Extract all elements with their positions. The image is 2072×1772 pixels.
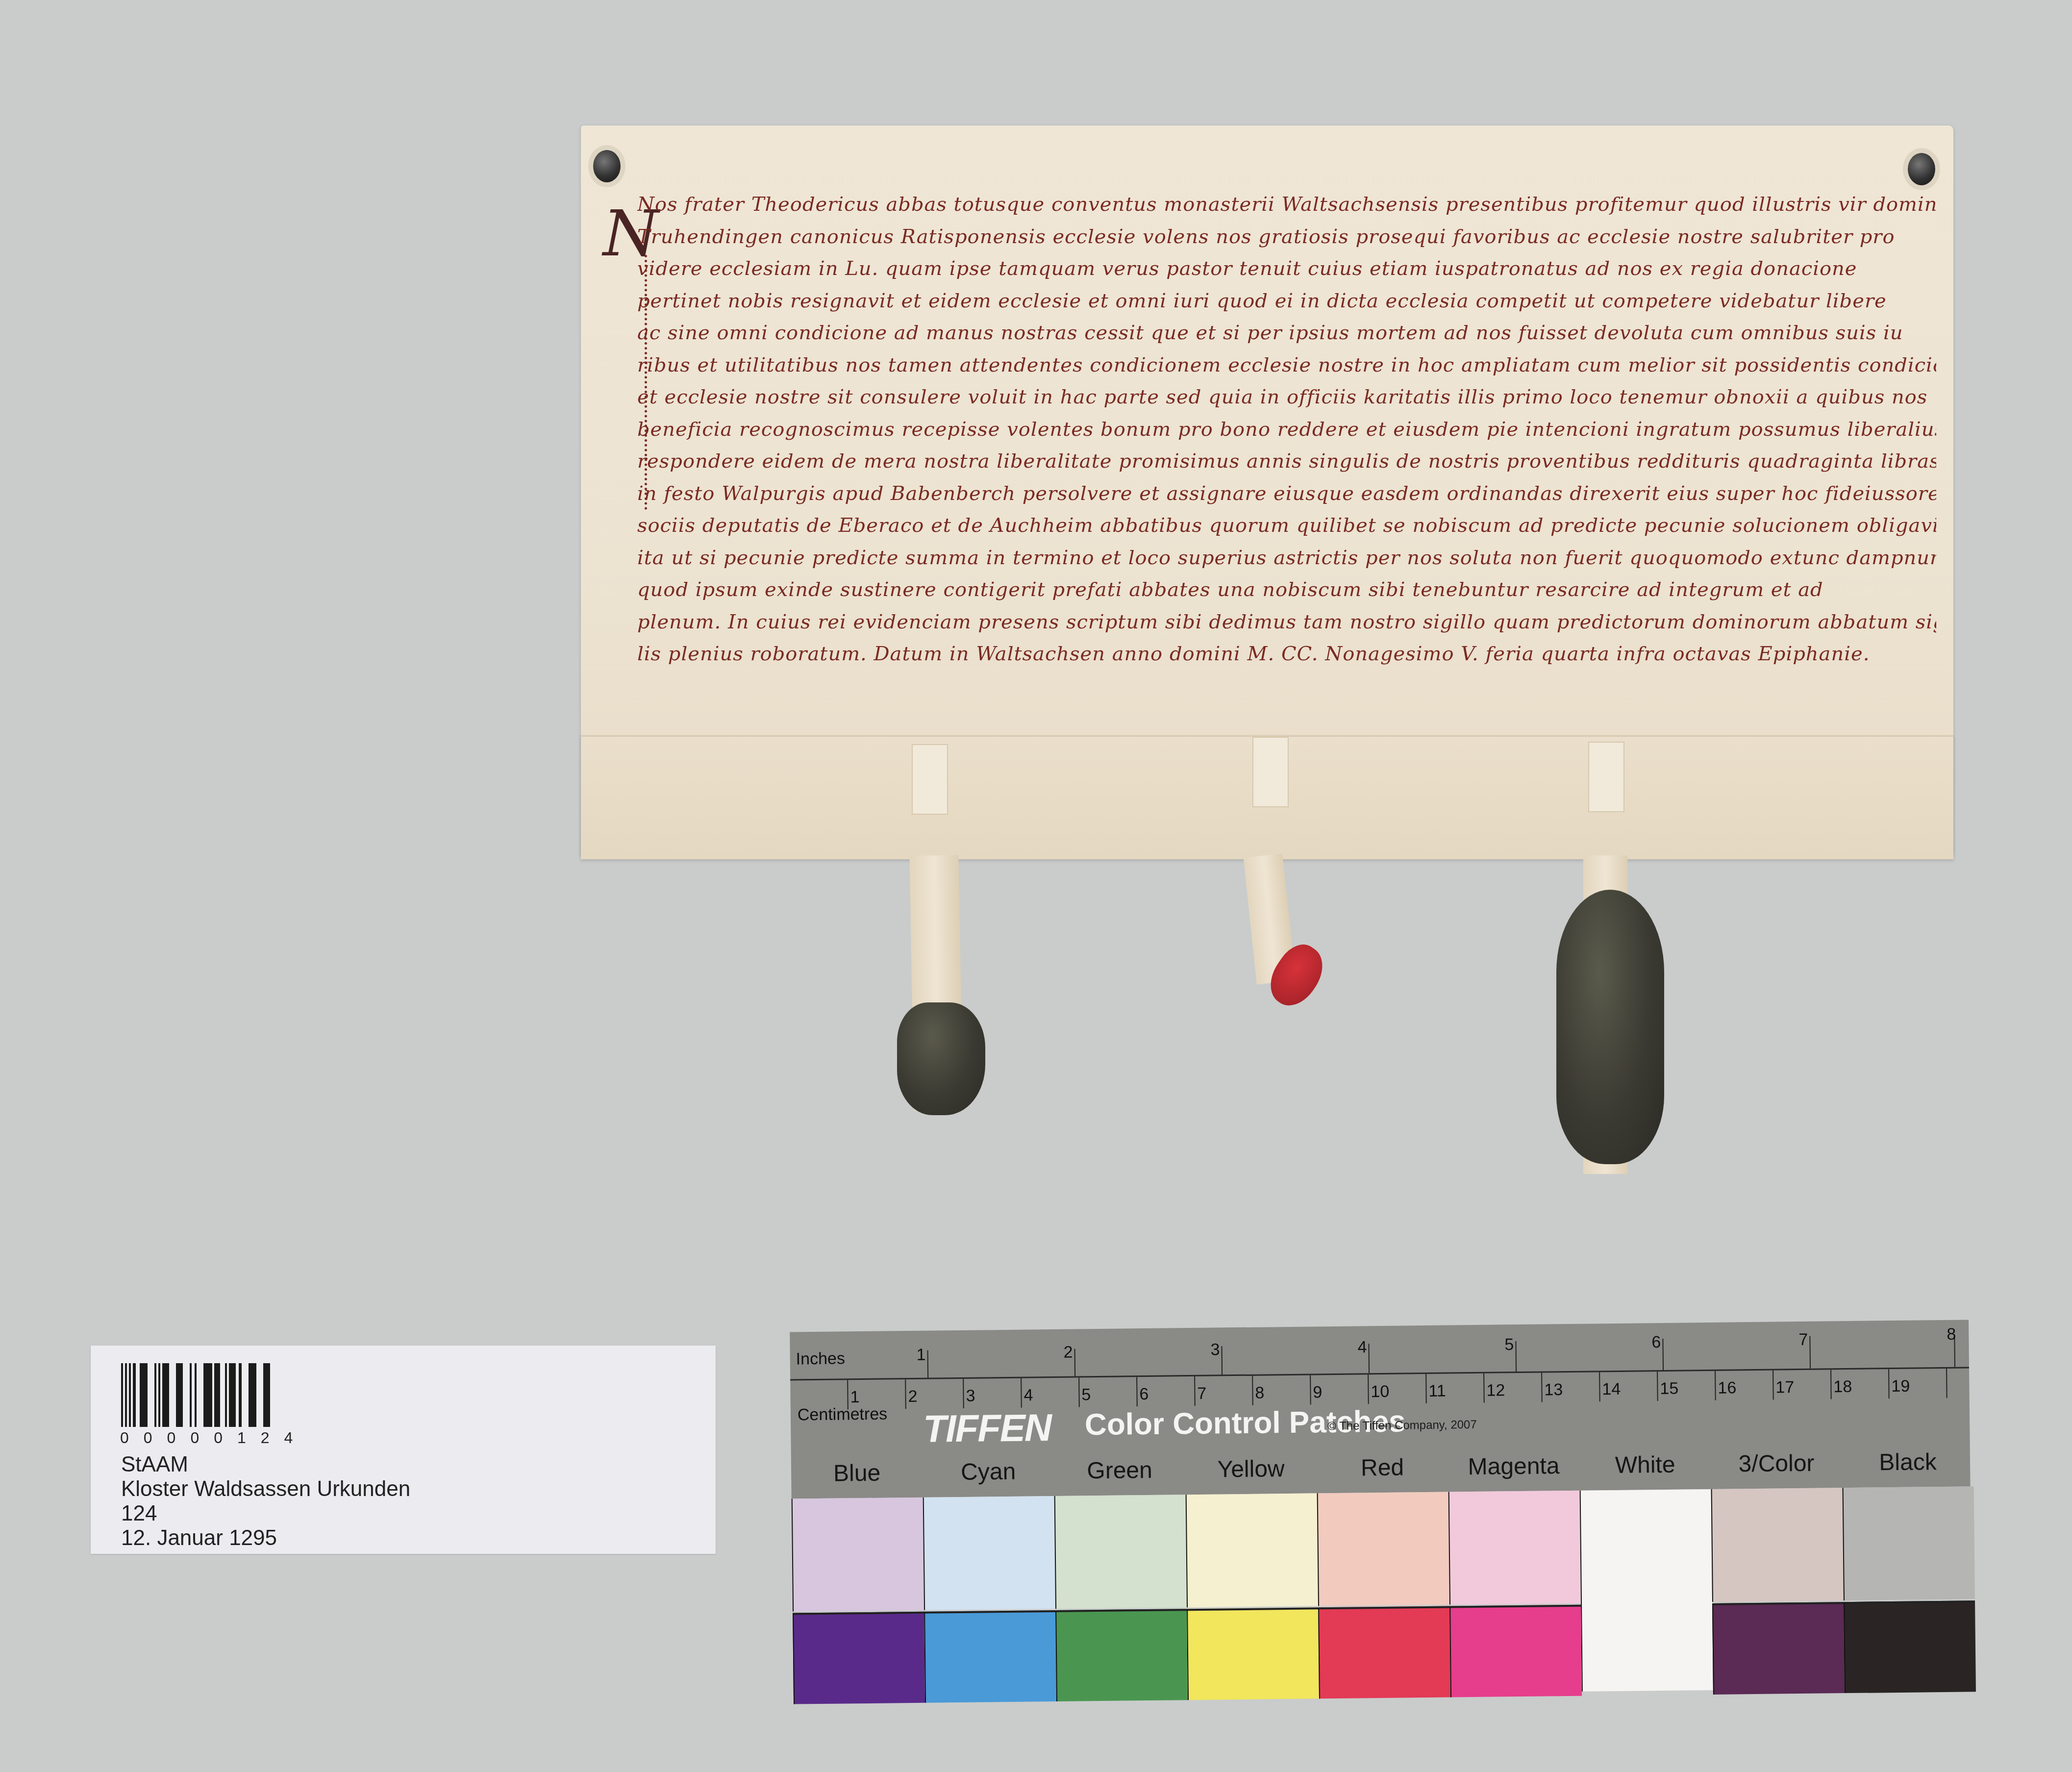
color-control-card: Inches 1 2 3 4 5 6 7 8 1 2 3 4 5 6 7 8 9… [790, 1320, 1972, 1699]
cm-tick-label: 2 [908, 1387, 917, 1406]
text-line: ac sine omni condicione ad manus nostras… [637, 317, 1936, 349]
pin-hole-left [593, 150, 621, 182]
text-line: videre ecclesiam in Lu. quam ipse tamqua… [637, 253, 1936, 285]
text-line: in festo Walpurgis apud Babenberch perso… [637, 478, 1936, 510]
cm-tick-label: 11 [1428, 1382, 1446, 1401]
barcode [121, 1363, 270, 1427]
charter-text: Nos frater Theodericus abbas totusque co… [637, 189, 1936, 671]
archive-name: StAAM [121, 1452, 188, 1477]
document-number: 124 [121, 1501, 157, 1526]
cm-tick-label: 9 [1313, 1383, 1322, 1402]
text-line: quod ipsum exinde sustinere contigerit p… [637, 574, 1936, 606]
cm-tick-label: 1 [850, 1388, 859, 1407]
patch-blue-light [792, 1497, 924, 1612]
pin-hole-right [1908, 153, 1935, 185]
patch-white [1580, 1489, 1713, 1692]
patch-label-magenta: Magenta [1448, 1452, 1580, 1481]
patch-label-white: White [1579, 1451, 1711, 1479]
cm-tick-label: 10 [1371, 1382, 1389, 1401]
text-line: et ecclesie nostre sit consulere voluit … [637, 381, 1936, 414]
collection-name: Kloster Waldsassen Urkunden [121, 1477, 410, 1501]
centimetres-label: Centimetres [798, 1405, 888, 1425]
seal-slot-center [1252, 737, 1289, 807]
seal-slot-left [912, 744, 948, 815]
cm-tick-label: 7 [1197, 1384, 1206, 1403]
patch-red-dark [1318, 1606, 1450, 1699]
seal-slot-right [1588, 742, 1624, 812]
cm-tick-label: 12 [1486, 1381, 1505, 1400]
barcode-digits: 00000124 [120, 1429, 307, 1447]
patch-label-3color: 3/Color [1711, 1449, 1843, 1478]
cm-tick-label: 19 [1891, 1377, 1910, 1396]
patch-magenta-light [1448, 1491, 1581, 1605]
patch-red-light [1317, 1492, 1449, 1606]
cm-tick-label: 8 [1255, 1383, 1264, 1402]
inch-tick-label: 6 [1651, 1333, 1661, 1352]
cm-tick-label: 17 [1775, 1378, 1794, 1397]
text-line: Nos frater Theodericus abbas totusque co… [637, 189, 1936, 221]
text-line: pertinet nobis resignavit et eidem eccle… [637, 285, 1936, 318]
inch-tick-label: 1 [916, 1346, 925, 1365]
plica-fold [581, 735, 1953, 859]
inch-tick-label: 3 [1210, 1340, 1220, 1359]
text-line: ita ut si pecunie predicte summa in term… [637, 542, 1936, 574]
cm-tick-label: 13 [1544, 1380, 1563, 1399]
text-line: respondere eidem de mera nostra liberali… [637, 446, 1936, 478]
patch-label-cyan: Cyan [923, 1458, 1054, 1486]
cm-tick-label: 18 [1833, 1377, 1852, 1397]
patch-black-dark [1844, 1600, 1976, 1693]
document-date: 12. Januar 1295 [121, 1526, 277, 1550]
cm-tick-label: 15 [1660, 1379, 1678, 1398]
patch-label-green: Green [1054, 1456, 1186, 1485]
cm-tick-label: 5 [1081, 1385, 1091, 1404]
patch-magenta-dark [1449, 1605, 1582, 1697]
patch-label-red: Red [1317, 1454, 1448, 1482]
seal-left [897, 1002, 985, 1115]
cm-tick-label: 6 [1139, 1385, 1148, 1404]
patch-label-blue: Blue [791, 1459, 923, 1488]
inch-tick-label: 5 [1504, 1335, 1514, 1354]
seal-right [1556, 890, 1664, 1164]
inch-tick-label: 8 [1947, 1325, 1956, 1344]
inch-tick-label: 2 [1063, 1343, 1073, 1362]
tiffen-logo: TIFFEN [923, 1405, 1051, 1451]
text-line: sociis deputatis de Eberaco et de Auchhe… [637, 510, 1936, 542]
inch-tick-label: 4 [1357, 1338, 1367, 1357]
patch-blue-dark [793, 1612, 925, 1704]
cm-tick-label: 4 [1024, 1386, 1033, 1405]
inches-label: Inches [796, 1349, 846, 1369]
inch-tick-label: 7 [1798, 1330, 1808, 1349]
patch-cyan-light [923, 1496, 1055, 1610]
patch-black-light [1843, 1486, 1975, 1600]
archive-label: 00000124 StAAM Kloster Waldsassen Urkund… [91, 1346, 716, 1554]
patch-green-light [1054, 1495, 1187, 1609]
patch-label-black: Black [1842, 1448, 1974, 1476]
text-line: lis plenius roboratum. Datum in Waltsach… [637, 638, 1936, 671]
text-line: ribus et utilitatibus nos tamen attenden… [637, 349, 1936, 382]
cm-tick-label: 16 [1718, 1378, 1736, 1398]
text-line: plenum. In cuius rei evidenciam presens … [637, 606, 1936, 639]
patch-yellow-light [1186, 1493, 1318, 1607]
patch-yellow-dark [1187, 1607, 1319, 1700]
patch-cyan-dark [924, 1610, 1056, 1703]
copyright-notice: © The Tiffen Company, 2007 [1327, 1418, 1477, 1433]
text-line: Truhendingen canonicus Ratisponensis ecc… [637, 221, 1936, 253]
cm-tick-label: 14 [1602, 1380, 1621, 1399]
text-line: beneficia recognoscimus recepisse volent… [637, 414, 1936, 446]
patch-3color-light [1711, 1488, 1844, 1602]
patch-green-dark [1055, 1609, 1188, 1701]
cm-tick-label: 3 [966, 1387, 975, 1406]
ruler-header: Inches 1 2 3 4 5 6 7 8 1 2 3 4 5 6 7 8 9… [790, 1320, 1970, 1498]
patch-3color-dark [1712, 1602, 1845, 1695]
patch-label-yellow: Yellow [1185, 1455, 1317, 1483]
